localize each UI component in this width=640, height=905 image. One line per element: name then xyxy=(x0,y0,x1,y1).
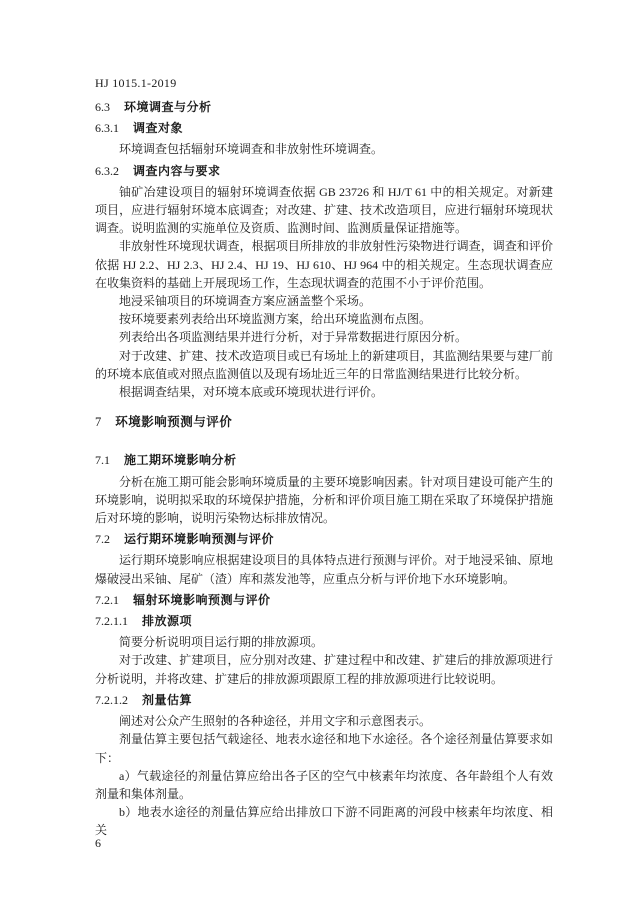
section-heading-7-1: 7.1施工期环境影响分析 xyxy=(95,451,553,469)
section-title: 辐射环境影响预测与评价 xyxy=(133,593,271,607)
section-title: 调查内容与要求 xyxy=(133,164,221,178)
section-heading-6-3-2: 6.3.2调查内容与要求 xyxy=(95,162,553,180)
paragraph: 环境调查包括辐射环境调查和非放射性环境调查。 xyxy=(95,140,553,158)
section-heading-7-2: 7.2运行期环境影响预测与评价 xyxy=(95,530,553,548)
section-number: 6.3.2 xyxy=(95,162,119,180)
section-title: 剂量估算 xyxy=(142,693,192,707)
paragraph: 非放射性环境现状调查，根据项目所排放的非放射性污染物进行调查，调查和评价依据 H… xyxy=(95,237,553,292)
section-number: 7.2.1 xyxy=(95,591,119,609)
list-item-b: b）地表水途径的剂量估算应给出排放口下游不同距离的河段中核素年均浓度、相关 xyxy=(95,803,553,839)
section-title: 调查对象 xyxy=(133,121,183,135)
paragraph: 铀矿冶建设项目的辐射环境调查依据 GB 23726 和 HJ/T 61 中的相关… xyxy=(95,183,553,238)
section-title: 运行期环境影响预测与评价 xyxy=(124,532,274,546)
paragraph: 剂量估算主要包括气载途径、地表水途径和地下水途径。各个途径剂量估算要求如下： xyxy=(95,730,553,766)
section-title: 环境调查与分析 xyxy=(124,100,212,114)
section-title: 施工期环境影响分析 xyxy=(124,453,237,467)
paragraph: 对于改建、扩建项目，应分别对改建、扩建过程中和改建、扩建后的排放源项进行分析说明… xyxy=(95,651,553,687)
paragraph: 对于改建、扩建、技术改造项目或已有场址上的新建项目，其监测结果要与建厂前的环境本… xyxy=(95,347,553,383)
document-page: HJ 1015.1-2019 6.3环境调查与分析 6.3.1调查对象 环境调查… xyxy=(95,76,553,840)
standard-number-header: HJ 1015.1-2019 xyxy=(95,76,553,90)
section-heading-7-2-1: 7.2.1辐射环境影响预测与评价 xyxy=(95,591,553,609)
paragraph: 阐述对公众产生照射的各种途径，并用文字和示意图表示。 xyxy=(95,712,553,730)
section-heading-6-3: 6.3环境调查与分析 xyxy=(95,98,553,116)
section-title: 排放源项 xyxy=(142,614,192,628)
paragraph: 地浸采铀项目的环境调查方案应涵盖整个采场。 xyxy=(95,292,553,310)
paragraph: 按环境要素列表给出环境监测方案，给出环境监测布点图。 xyxy=(95,310,553,328)
paragraph: 运行期环境影响应根据建设项目的具体特点进行预测与评价。对于地浸采铀、原地爆破浸出… xyxy=(95,551,553,587)
paragraph: 简要分析说明项目运行期的排放源项。 xyxy=(95,633,553,651)
section-heading-7-2-1-2: 7.2.1.2剂量估算 xyxy=(95,691,553,709)
paragraph: 分析在施工期可能会影响环境质量的主要环境影响因素。针对项目建设可能产生的环境影响… xyxy=(95,473,553,528)
chapter-heading-7: 7环境影响预测与评价 xyxy=(95,413,553,431)
chapter-number: 7 xyxy=(95,413,101,431)
section-number: 7.2 xyxy=(95,530,110,548)
section-heading-7-2-1-1: 7.2.1.1排放源项 xyxy=(95,612,553,630)
paragraph: 根据调查结果，对环境本底或环境现状进行评价。 xyxy=(95,383,553,401)
section-number: 6.3.1 xyxy=(95,119,119,137)
section-number: 7.2.1.1 xyxy=(95,612,128,630)
page-number: 6 xyxy=(95,836,101,850)
section-number: 7.1 xyxy=(95,451,110,469)
section-number: 7.2.1.2 xyxy=(95,691,128,709)
section-number: 6.3 xyxy=(95,98,110,116)
paragraph: 列表给出各项监测结果并进行分析，对于异常数据进行原因分析。 xyxy=(95,328,553,346)
chapter-title: 环境影响预测与评价 xyxy=(115,415,232,429)
section-heading-6-3-1: 6.3.1调查对象 xyxy=(95,119,553,137)
list-item-a: a）气载途径的剂量估算应给出各子区的空气中核素年均浓度、各年龄组个人有效剂量和集… xyxy=(95,767,553,803)
